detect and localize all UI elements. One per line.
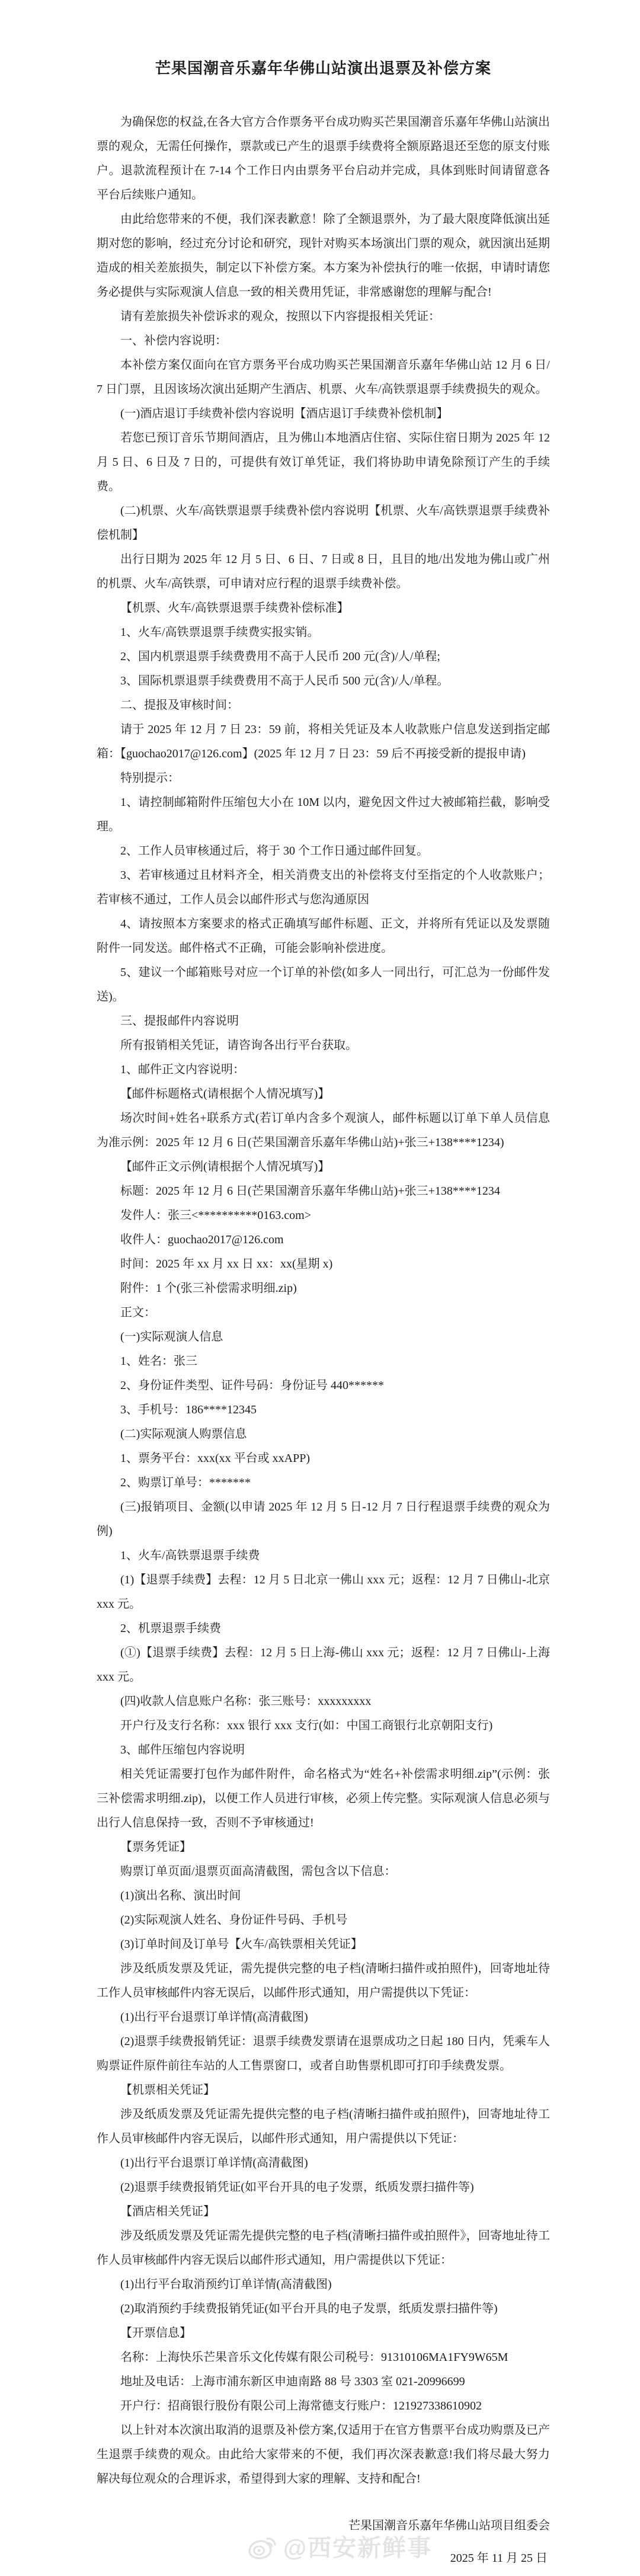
weibo-icon (248, 2533, 279, 2560)
paragraph: 涉及纸质发票及凭证需先提供完整的电子档(清晰扫描件或拍照件》，回寄地址待工作人员… (97, 2224, 550, 2273)
paragraph: 相关凭证需要打包作为邮件附件，命名格式为“姓名+补偿需求明细.zip”(示例：张… (97, 1762, 550, 1835)
paragraph: 1、票务平台：xxx(xx 平台或 xxAPP) (97, 1447, 550, 1471)
document-title: 芒果国潮音乐嘉年华佛山站演出退票及补偿方案 (97, 58, 550, 79)
paragraph: 1、邮件正文内容说明： (97, 1058, 550, 1082)
paragraph: 3、邮件压缩包内容说明 (97, 1738, 550, 1762)
paragraph: (一)酒店退订手续费补偿内容说明【酒店退订手续费补偿机制】 (97, 402, 550, 426)
paragraph: 若您已预订音乐节期间酒店，且为佛山本地酒店住宿、实际住宿日期为 2025 年 1… (97, 426, 550, 499)
paragraph: 名称：上海快乐芒果音乐文化传媒有限公司税号：91310106MA1FY9W65M (97, 2345, 550, 2370)
paragraph: 收件人：guochao2017@126.com (97, 1228, 550, 1252)
paragraph: (2)退票手续费报销凭证：退票手续费发票请在退票成功之日起 180 日内，凭乘车… (97, 2030, 550, 2078)
paragraph: 地址及电话：上海市浦东新区申迪南路 88 号 3303 室 021-209966… (97, 2370, 550, 2394)
paragraph: (2)退票手续费报销凭证(如平台开具的电子发票，纸质发票扫描件等) (97, 2175, 550, 2200)
paragraph: 3、国际机票退票手续费费用不高于人民币 500 元(含)/人/单程。 (97, 669, 550, 693)
paragraph: 特别提示： (97, 766, 550, 791)
watermark-handle: @西安新鲜事 (283, 2529, 432, 2563)
paragraph: 2、购票订单号：******* (97, 1471, 550, 1495)
paragraph: 3、若审核通过且材料齐全，相关消费支出的补偿将支付至指定的个人收款账户；若审核不… (97, 863, 550, 912)
paragraph: 1、姓名：张三 (97, 1349, 550, 1374)
paragraph: (1)出行平台取消预约订单详情(高清截图) (97, 2273, 550, 2297)
paragraph: 【票务凭证】 (97, 1835, 550, 1860)
paragraph: (1)演出名称、演出时间 (97, 1884, 550, 1908)
paragraph: 1、火车/高铁票退票手续费实报实销。 (97, 620, 550, 645)
paragraph: 1、请控制邮箱附件压缩包大小在 10M 以内，避免因文件过大被邮箱拦截，影响受理… (97, 791, 550, 839)
paragraph: 为确保您的权益,在各大官方合作票务平台成功购买芒果国潮音乐嘉年华佛山站演出票的观… (97, 110, 550, 207)
paragraph: 请于 2025 年 12 月 7 日 23：59 前，将相关凭证及本人收款账户信… (97, 718, 550, 766)
paragraph: 由此给您带来的不便，我们深表歉意！除了全额退票外，为了最大限度降低演出延期对您的… (97, 207, 550, 305)
document-page: 芒果国潮音乐嘉年华佛山站演出退票及补偿方案 为确保您的权益,在各大官方合作票务平… (0, 0, 640, 2571)
paragraph: (①)【退票手续费】去程：12 月 5 日上海-佛山 xxx 元；返程：12 月… (97, 1641, 550, 1689)
paragraph: 2、机票退票手续费 (97, 1617, 550, 1641)
paragraph: (3)订单时间及订单号【火车/高铁票相关凭证】 (97, 1932, 550, 1957)
paragraph: 二、提报及审核时间： (97, 693, 550, 718)
paragraph: 场次时间+姓名+联系方式(若订单内含多个观演人，邮件标题以订单下单人员信息为准示… (97, 1106, 550, 1155)
paragraph: 涉及纸质发票及凭证需先提供完整的电子档(清晰扫描件或拍照件)，回寄地址待工作人员… (97, 2103, 550, 2151)
paragraph: 开户行及支行名称：xxx 银行 xxx 支行(如：中国工商银行北京朝阳支行) (97, 1714, 550, 1738)
paragraph: (1)出行平台退票订单详情(高清截图) (97, 2005, 550, 2030)
paragraph: 【酒店相关凭证】 (97, 2200, 550, 2224)
paragraph: (2)实际观演人姓名、身份证件号码、手机号 (97, 1908, 550, 1932)
paragraph: 2、工作人员审核通过后，将于 30 个工作日通过邮件回复。 (97, 839, 550, 863)
paragraph: (2)取消预约手续费报销凭证(如平台开具的电子发票，纸质发票扫描件等) (97, 2297, 550, 2321)
paragraph: 发件人：张三<**********0163.com> (97, 1204, 550, 1228)
paragraph: 涉及纸质发票及凭证，需先提供完整的电子档(清晰扫描件或拍照件)，回寄地址待工作人… (97, 1957, 550, 2005)
paragraph: 时间：2025 年 xx 月 xx 日 xx：xx(星期 x) (97, 1252, 550, 1276)
paragraph: 4、请按照本方案要求的格式正确填写邮件标题、正文，并将所有凭证以及发票随附件一同… (97, 912, 550, 961)
paragraph: 购票订单页面/退票页面高清截图，需包含以下信息： (97, 1860, 550, 1884)
paragraph: (二)机票、火车/高铁票退票手续费补偿内容说明【机票、火车/高铁票退票手续费补偿… (97, 499, 550, 548)
paragraph: 附件：1 个(张三补偿需求明细.zip) (97, 1276, 550, 1301)
paragraph: 【开票信息】 (97, 2321, 550, 2345)
paragraph: 出行日期为 2025 年 12 月 5 日、6 日、7 日或 8 日，且目的地/… (97, 548, 550, 596)
paragraph: (1)出行平台退票订单详情(高清截图) (97, 2151, 550, 2175)
paragraph: 5、建议一个邮箱账号对应一个订单的补偿(如多人一同出行，可汇总为一份邮件发送)。 (97, 961, 550, 1009)
paragraph: 2、身份证件类型、证件号码：身份证号 440****** (97, 1374, 550, 1398)
paragraph: 三、提报邮件内容说明 (97, 1009, 550, 1033)
paragraph: (一)实际观演人信息 (97, 1325, 550, 1349)
paragraph: 【邮件标题格式(请根据个人情况填写)】 (97, 1082, 550, 1106)
paragraph: 一、补偿内容说明： (97, 329, 550, 353)
paragraph: (四)收款人信息账户名称：张三账号：xxxxxxxxx (97, 1689, 550, 1714)
paragraph: 3、手机号：186****12345 (97, 1398, 550, 1422)
paragraph: 所有报销相关凭证，请咨询各出行平台获取。 (97, 1033, 550, 1058)
paragraph: (二)实际观演人购票信息 (97, 1422, 550, 1447)
paragraph: 2、国内机票退票手续费费用不高于人民币 200 元(含)/人/单程; (97, 645, 550, 669)
paragraph: 标题：2025 年 12 月 6 日(芒果国潮音乐嘉年华佛山站)+张三+138*… (97, 1179, 550, 1204)
paragraph: 以上针对本次演出取消的退票及补偿方案,仅适用于在官方售票平台成功购票及已产生退票… (97, 2418, 550, 2491)
paragraph: 本补偿方案仅面向在官方票务平台成功购买芒果国潮音乐嘉年华佛山站 12 月 6 日… (97, 353, 550, 402)
paragraph: 1、火车/高铁票退票手续费 (97, 1544, 550, 1568)
paragraph: (1)【退票手续费】去程：12 月 5 日北京一佛山 xxx 元；返程：12 月… (97, 1568, 550, 1617)
paragraph: 正文： (97, 1301, 550, 1325)
paragraph: 【邮件正文示例(请根据个人情况填写)】 (97, 1155, 550, 1179)
paragraph: 【机票相关凭证】 (97, 2078, 550, 2103)
paragraph: (三)报销项目、金额(以申请 2025 年 12 月 5 日-12 月 7 日行… (97, 1495, 550, 1544)
weibo-watermark: @西安新鲜事 (248, 2529, 432, 2563)
paragraph: 开户行：招商银行股份有限公司上海常德支行账户：121927338610902 (97, 2394, 550, 2418)
document-body: 为确保您的权益,在各大官方合作票务平台成功购买芒果国潮音乐嘉年华佛山站演出票的观… (97, 110, 550, 2491)
paragraph: 请有差旅损失补偿诉求的观众，按照以下内容提报相关凭证： (97, 305, 550, 329)
paragraph: 【机票、火车/高铁票退票手续费补偿标准】 (97, 596, 550, 620)
